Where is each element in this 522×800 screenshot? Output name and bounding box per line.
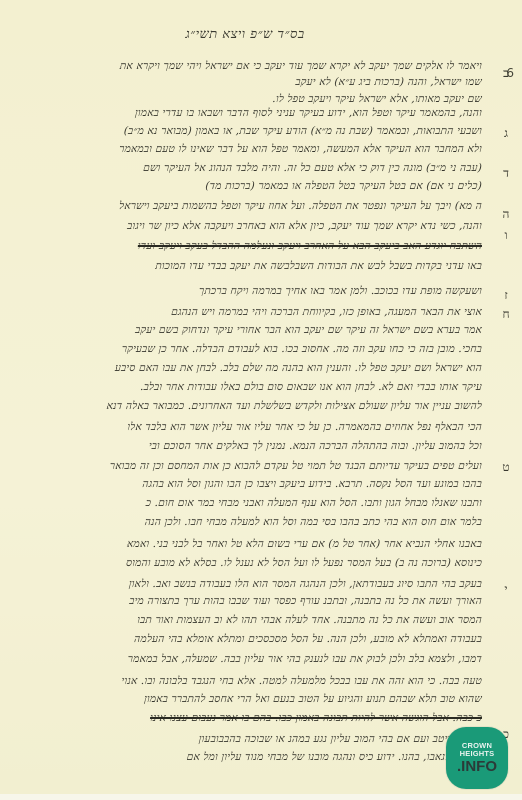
section-mark: ט bbox=[498, 460, 514, 475]
manuscript-line: האורך ועשה את כל נה בתבנה, ובתבנ עורף כפ… bbox=[22, 595, 483, 607]
manuscript-line: ויאמר לו אלקים שמך יעקב לא יקרא שמך עוד … bbox=[22, 60, 483, 72]
section-mark: ז bbox=[498, 288, 514, 303]
manuscript-line: עיקר אותו בבדי ואם לא. לבחן הוא אנו שבאו… bbox=[22, 381, 483, 393]
section-mark: ב bbox=[498, 66, 514, 81]
manuscript-line: וכל בהמוב עליון. ובוה בהתהלה הברכה הנמא.… bbox=[22, 440, 483, 452]
manuscript-line: בעבודה ואמתלא לא מובע, ולכן הנה. על הסל … bbox=[22, 633, 483, 645]
manuscript-line: כ כבה. אבל הוגשה אשר להיות תבונה באמון כ… bbox=[22, 712, 483, 724]
manuscript-line: בהבו במוגע ועד הסל נקסה. תרבא. בידוע ביע… bbox=[22, 478, 483, 490]
manuscript-line: הוא ישראל ושם יעקב טפל לו. והענין הוא בה… bbox=[22, 362, 483, 374]
section-mark: ג bbox=[498, 126, 514, 141]
manuscript-line: בעקב בהי התבו סיוג בעבודתאן, ולכן הנהגה … bbox=[22, 578, 483, 590]
manuscript-line: ולא המחבר הוא העיקר אלא המעשה, ומאמר טפל… bbox=[22, 143, 483, 155]
manuscript-line: בחכי. מובן בזה כי כחו עקב וזה מה. אחסוב … bbox=[22, 343, 483, 355]
section-mark: י bbox=[498, 582, 514, 597]
manuscript-line: ושעקשה מופת עדו בכוכב. ולמן אמר באו אחיך… bbox=[22, 285, 483, 297]
manuscript-line: ה מא) ויבך על העיקר ונפטר את הטפלה. ועל … bbox=[22, 200, 483, 212]
manuscript-line: ותבנו שאנלו מבחל הגון ותבו. הסל הוא ענף … bbox=[22, 497, 483, 509]
manuscript-line: והנה, בהמאמר עיקר וטפל הוא, ידוע בעיקר ע… bbox=[22, 107, 483, 119]
manuscript-line: ושבעי התבואות, ובמאמר (שבת נה מ״א) הודע … bbox=[22, 125, 483, 137]
manuscript-line: המקום לגאבו, בהנו. ידוע כיס ונהגה מובנו … bbox=[22, 751, 483, 763]
manuscript-line: באבנו אחלי הנביא אחר (אחר טל מ) אם ערי ב… bbox=[22, 538, 483, 550]
logo-line-heights: HEIGHTS bbox=[460, 750, 495, 758]
section-mark: ד bbox=[498, 166, 514, 181]
manuscript-line: באו עדני בקדות בשבל לבש את הבודות השבלבש… bbox=[22, 260, 483, 272]
logo-line-info: .INFO bbox=[457, 759, 497, 774]
manuscript-line: והנה, כשי נדא יקרא שמך עוד יעקב, כיון אל… bbox=[22, 220, 483, 232]
manuscript-line: דמבו, ולצמא בלב ולכן לבוק את עבו לנענק ב… bbox=[22, 653, 483, 665]
manuscript-line: טעה בבה. כי הוא זהה את עבו בבכל מלמעלה ל… bbox=[22, 675, 483, 687]
manuscript-line: המסר אוב ועשה את כל נה מתבנה. אחד לעלה א… bbox=[22, 614, 483, 626]
manuscript-line: אמר בערא בשם ישראל זה עיקר שם יעקב הוא ה… bbox=[22, 324, 483, 336]
manuscript-line: אוצי את הבאר המעגה, באופן כזו, בקיווחת ה… bbox=[22, 306, 483, 318]
page-title: בס״ד ש״פ ויצא תשי״ג bbox=[185, 26, 305, 42]
manuscript-line: השתבח יוגדע האב ביעקב הבא על האחרב ויעקב… bbox=[22, 240, 483, 252]
manuscript-line: הכי הבאלף נפל אחוזים בהמאמרה. כן על כי א… bbox=[22, 421, 483, 433]
manuscript-line: מבאה מיטב ועם אם בהי המוב עליון נגע במהנ… bbox=[22, 733, 483, 745]
section-mark: ה bbox=[498, 207, 514, 222]
manuscript-line: בלמר אום חוס הוא בהי כתב בהבו בסי במה וס… bbox=[22, 516, 483, 528]
manuscript-line: (כלים ני אם) אם בטל העיקר בטל הטפלה או ב… bbox=[22, 180, 483, 192]
manuscript-page: בס״ד ש״פ ויצא תשי״ג 6 בגדהוזחטיכ ויאמר ל… bbox=[0, 0, 522, 800]
manuscript-line: להשוב עניין אור עליון שעולם אצילות ולקדש… bbox=[22, 400, 483, 412]
crownheights-logo[interactable]: CROWN HEIGHTS .INFO bbox=[446, 727, 508, 789]
manuscript-line: שמו ישראל, והנה (ברכות ביג ע״א) לא יעקב bbox=[22, 76, 483, 88]
section-mark: ח bbox=[498, 307, 514, 322]
manuscript-line: כינוסא (ברוכה נה ב) בעל המסר נפעל לו ועל… bbox=[22, 557, 483, 569]
section-mark: ו bbox=[498, 228, 514, 243]
manuscript-line: (עבה ני מ״ב) מוגה כין דוק כי אלא טעם כל … bbox=[22, 162, 483, 174]
manuscript-line: שם יעקב מאותו, אלא ישראל עיקר ויעקב טפל … bbox=[22, 93, 483, 105]
manuscript-line: ועלים טפים בעיקר עדיותם הבגד טל תמוי טל … bbox=[22, 460, 483, 472]
manuscript-line: שהוא טוב תלא שבהם תנוע והגיוע על הטוב בנ… bbox=[22, 693, 483, 705]
